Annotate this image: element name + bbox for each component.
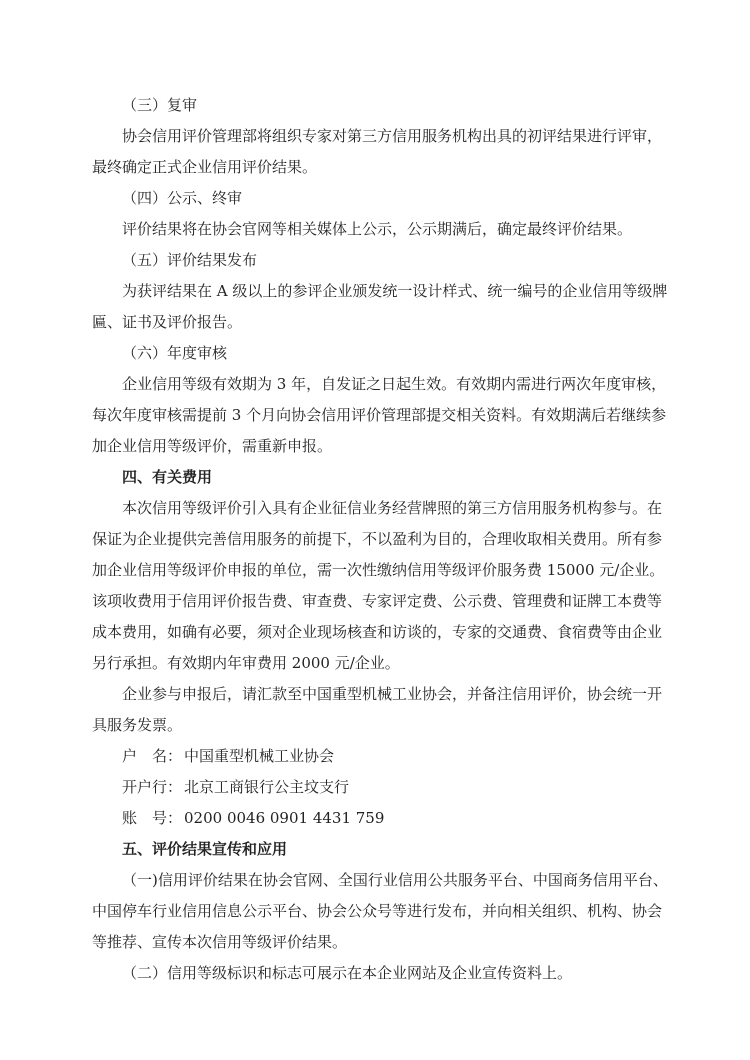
paragraph-line: 企业信用等级有效期为 3 年，自发证之日起生效。有效期内需进行两次年度审核， (92, 369, 662, 400)
section-heading-promotion: 五、评价结果宣传和应用 (92, 834, 662, 865)
paragraph-line: 中国停车行业信用信息公示平台、协会公众号等进行发布，并向相关组织、机构、协会 (92, 896, 662, 927)
account-number-label: 账 号： (122, 803, 184, 834)
paragraph-line: （一)信用评价结果在协会官网、全国行业信用公共服务平台、中国商务信用平台、 (92, 865, 662, 896)
paragraph-line: 该项收费用于信用评价报告费、审查费、专家评定费、公示费、管理费和证牌工本费等 (92, 586, 662, 617)
account-name-label: 户 名： (122, 741, 184, 772)
paragraph-line: （二）信用等级标识和标志可展示在本企业网站及企业宣传资料上。 (92, 958, 662, 989)
subheading-publicity: （四）公示、终审 (92, 183, 662, 214)
paragraph-line: 具服务发票。 (92, 710, 662, 741)
paragraph-line: 本次信用等级评价引入具有企业征信业务经营牌照的第三方信用服务机构参与。在 (92, 493, 662, 524)
bank-row: 开户行：北京工商银行公主坟支行 (92, 772, 662, 803)
paragraph-line: 评价结果将在协会官网等相关媒体上公示，公示期满后，确定最终评价结果。 (92, 214, 662, 245)
paragraph-line: 保证为企业提供完善信用服务的前提下，不以盈利为目的，合理收取相关费用。所有参 (92, 524, 662, 555)
paragraph-line: 成本费用，如确有必要，须对企业现场核查和访谈的，专家的交通费、食宿费等由企业 (92, 617, 662, 648)
section-heading-fees: 四、有关费用 (92, 462, 662, 493)
subheading-annual-review: （六）年度审核 (92, 338, 662, 369)
bank-label: 开户行： (122, 772, 184, 803)
subheading-release: （五）评价结果发布 (92, 245, 662, 276)
subheading-review: （三）复审 (92, 90, 662, 121)
paragraph-line: 加企业信用等级评价，需重新申报。 (92, 431, 662, 462)
paragraph-line: 等推荐、宣传本次信用等级评价结果。 (92, 927, 662, 958)
paragraph-line: 另行承担。有效期内年审费用 2000 元/企业。 (92, 648, 662, 679)
paragraph-line: 每次年度审核需提前 3 个月向协会信用评价管理部提交相关资料。有效期满后若继续参 (92, 400, 662, 431)
paragraph-line: 加企业信用等级评价申报的单位，需一次性缴纳信用等级评价服务费 15000 元/企… (92, 555, 662, 586)
paragraph-line: 协会信用评价管理部将组织专家对第三方信用服务机构出具的初评结果进行评审， (92, 121, 662, 152)
paragraph-line: 最终确定正式企业信用评价结果。 (92, 152, 662, 183)
paragraph-line: 企业参与申报后，请汇款至中国重型机械工业协会，并备注信用评价，协会统一开 (92, 679, 662, 710)
account-number-value: 0200 0046 0901 4431 759 (184, 809, 384, 827)
paragraph-line: 为获评结果在 A 级以上的参评企业颁发统一设计样式、统一编号的企业信用等级牌 (92, 276, 662, 307)
account-number-row: 账 号：0200 0046 0901 4431 759 (92, 803, 662, 834)
document-page: （三）复审 协会信用评价管理部将组织专家对第三方信用服务机构出具的初评结果进行评… (92, 90, 662, 989)
paragraph-line: 匾、证书及评价报告。 (92, 307, 662, 338)
account-name-value: 中国重型机械工业协会 (184, 747, 334, 765)
account-name-row: 户 名：中国重型机械工业协会 (92, 741, 662, 772)
bank-value: 北京工商银行公主坟支行 (184, 778, 349, 796)
